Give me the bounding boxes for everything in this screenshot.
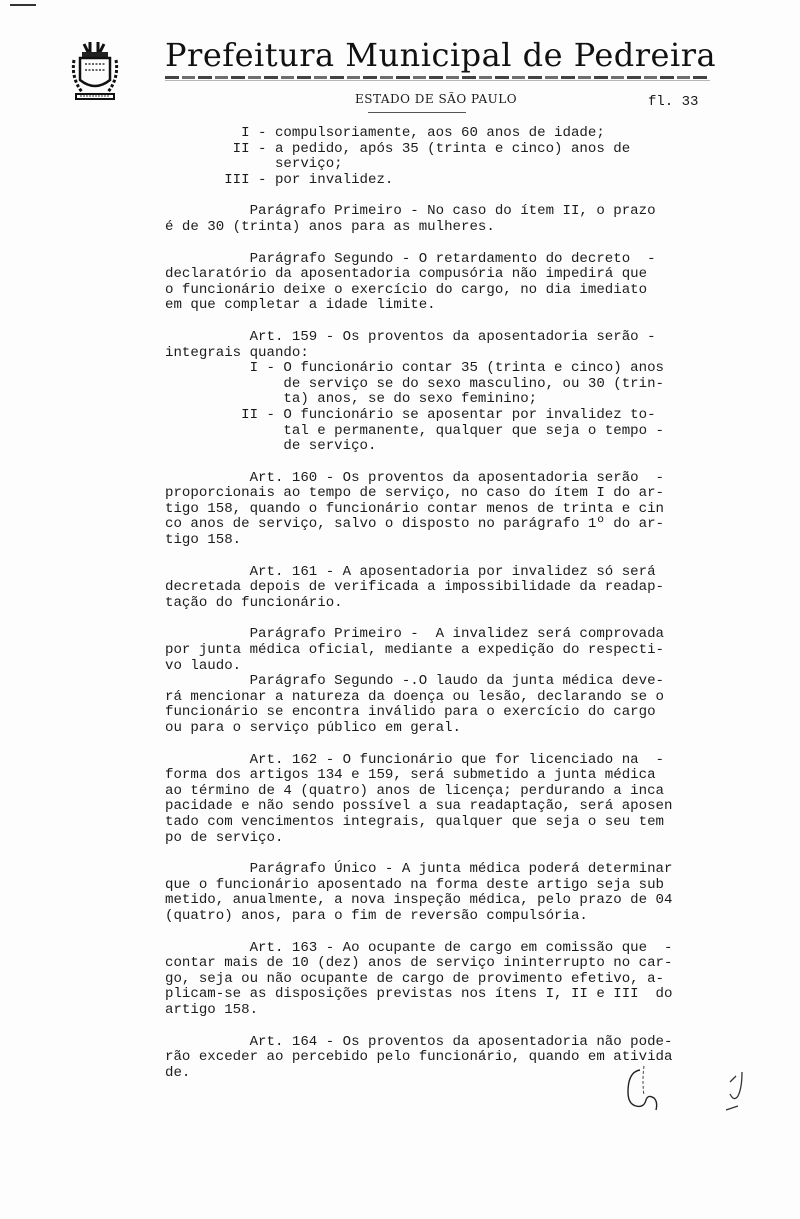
art158-items: I - compulsoriamente, aos 60 anos de ida… [165,126,745,188]
title-underline-rule [165,76,710,79]
text-line: II - a pedido, após 35 (trinta e cinco) … [165,142,745,158]
text-line: Art. 160 - Os proventos da aposentadoria… [165,471,745,487]
text-line: po de serviço. [165,831,745,847]
text-line: forma dos artigos 134 e 159, será submet… [165,768,745,784]
text-line: Parágrafo Primeiro - A invalidez será co… [165,627,745,643]
text-line: metido, anualmente, a nova inspeção médi… [165,893,745,909]
art158-paragraph-first: Parágrafo Primeiro - No caso do ítem II,… [165,204,745,235]
text-line: I - compulsoriamente, aos 60 anos de ida… [165,126,745,142]
state-heading: ESTADO DE SÃO PAULO [355,92,517,106]
article-160: Art. 160 - Os proventos da aposentadoria… [165,471,745,549]
page-title: Prefeitura Municipal de Pedreira [165,36,716,74]
text-line: (quatro) anos, para o fim de reversão co… [165,909,745,925]
municipal-coat-of-arms-icon [70,40,120,102]
text-line: Art. 163 - Ao ocupante de cargo em comis… [165,941,745,957]
article-162: Art. 162 - O funcionário que for licenci… [165,753,745,847]
text-line: declaratório da aposentadoria compusória… [165,267,745,283]
text-line: proporcionais ao tempo de serviço, no ca… [165,486,745,502]
folio-number: fl. 33 [648,94,698,110]
text-line: ou para o serviço público em geral. [165,721,745,737]
text-line: artigo 158. [165,1003,745,1019]
text-line: co anos de serviço, salvo o disposto no … [165,517,745,533]
article-163: Art. 163 - Ao ocupante de cargo em comis… [165,941,745,1019]
text-line: Art. 159 - Os proventos da aposentadoria… [165,330,745,346]
text-line: é de 30 (trinta) anos para as mulheres. [165,220,745,236]
text-line: ao término de 4 (quatro) anos de licença… [165,784,745,800]
text-line: tigo 158. [165,533,745,549]
text-line: Parágrafo Único - A junta médica poderá … [165,862,745,878]
text-line: plicam-se as disposições previstas nos í… [165,987,745,1003]
text-line: em que completar a idade limite. [165,298,745,314]
text-line: Parágrafo Primeiro - No caso do ítem II,… [165,204,745,220]
document-page: Prefeitura Municipal de Pedreira ESTADO … [0,0,800,1219]
art161-paragraph-first: Parágrafo Primeiro - A invalidez será co… [165,627,745,674]
text-line: go, seja ou não ocupante de cargo de pro… [165,972,745,988]
text-line: III - por invalidez. [165,173,745,189]
text-line: por junta médica oficial, mediante a exp… [165,643,745,659]
scan-corner-mark [10,4,36,6]
text-line: II - O funcionário se aposentar por inva… [165,408,745,424]
text-line: Parágrafo Segundo -.O laudo da junta méd… [165,674,745,690]
art162-paragraph-unico: Parágrafo Único - A junta médica poderá … [165,862,745,924]
article-161: Art. 161 - A aposentadoria por invalidez… [165,565,745,612]
document-body: I - compulsoriamente, aos 60 anos de ida… [165,126,745,1081]
text-line: Art. 162 - O funcionário que for licenci… [165,753,745,769]
text-line: de serviço. [165,439,745,455]
text-line: tação do funcionário. [165,596,745,612]
art158-paragraph-second: Parágrafo Segundo - O retardamento do de… [165,252,745,314]
text-line: contar mais de 10 (dez) anos de serviço … [165,956,745,972]
text-line: decretada depois de verificada a impossi… [165,580,745,596]
article-159: Art. 159 - Os proventos da aposentadoria… [165,330,745,455]
text-line: ta) anos, se do sexo feminino; [165,392,745,408]
handwritten-initials-icon [618,1062,768,1132]
state-underline-rule [368,112,466,113]
text-line: rá mencionar a natureza da doença ou les… [165,690,745,706]
text-line: integrais quando: [165,346,745,362]
text-line: funcionário se encontra inválido para o … [165,705,745,721]
text-line: Art. 164 - Os proventos da aposentadoria… [165,1035,745,1051]
text-line: de serviço se do sexo masculino, ou 30 (… [165,377,745,393]
text-line: serviço; [165,157,745,173]
text-line: tado com vencimentos integrais, qualquer… [165,815,745,831]
title-underline-rule-thin [165,80,710,81]
text-line: I - O funcionário contar 35 (trinta e ci… [165,361,745,377]
text-line: o funcionário deixe o exercício do cargo… [165,283,745,299]
text-line: Parágrafo Segundo - O retardamento do de… [165,252,745,268]
text-line: tal e permanente, qualquer que seja o te… [165,424,745,440]
text-line: vo laudo. [165,659,745,675]
text-line: pacidade e não sendo possível a sua read… [165,799,745,815]
text-line: tigo 158, quando o funcionário contar me… [165,502,745,518]
text-line: que o funcionário aposentado na forma de… [165,878,745,894]
art161-paragraph-second: Parágrafo Segundo -.O laudo da junta méd… [165,674,745,736]
text-line: Art. 161 - A aposentadoria por invalidez… [165,565,745,581]
